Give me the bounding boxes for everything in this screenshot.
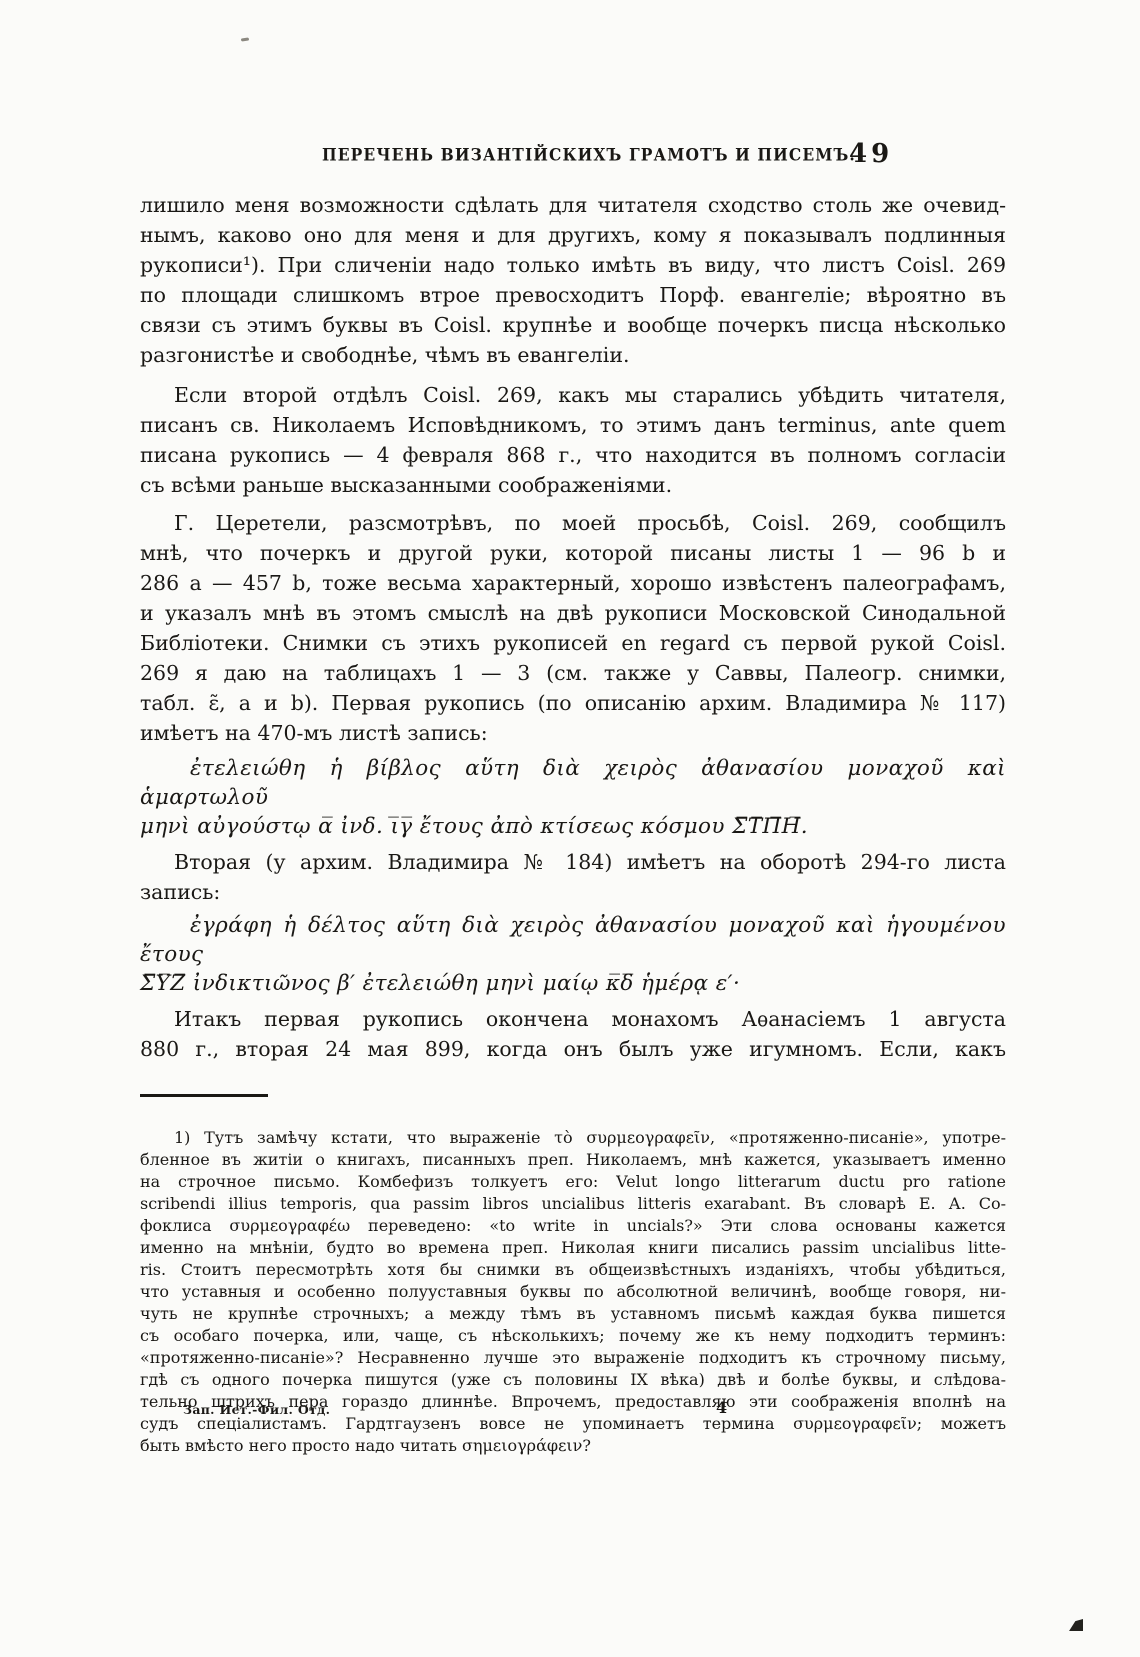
text-line: запись: — [140, 877, 1006, 907]
text-line: ἐγράφη ἡ δέλτος αὕτη διὰ χειρὸς ἀθανασίο… — [140, 911, 1006, 969]
sheet-number: 4 — [716, 1398, 727, 1417]
text-line: 269 я даю на таблицахъ 1 — 3 (см. также … — [140, 658, 1006, 688]
text-line: мнѣ, что почеркъ и другой руки, которой … — [140, 538, 1006, 568]
footer-signature: Зап. Ист.-Фил. Отд. — [183, 1402, 330, 1417]
text-line: Итакъ первая рукопись окончена монахомъ … — [140, 1004, 1006, 1034]
page-number: 49 — [849, 139, 893, 169]
text-line: 1) Тутъ замѣчу кстати, что выраженіе τὸ … — [140, 1127, 1006, 1149]
scan-speck-artifact — [241, 37, 249, 41]
text-line: что уставныя и особенно полууставныя бук… — [140, 1281, 1006, 1303]
text-line: Г. Церетели, разсмотрѣвъ, по моей просьб… — [140, 508, 1006, 538]
text-line: лишило меня возможности сдѣлать для чита… — [140, 190, 1006, 220]
text-line: бленное въ житіи о книгахъ, писанныхъ пр… — [140, 1149, 1006, 1171]
paragraph-esli-vtoroy: Если второй отдѣлъ Coisl. 269, какъ мы с… — [140, 380, 1006, 500]
text-line: быть вмѣсто него просто надо читать σημε… — [140, 1435, 1006, 1457]
paragraph-continuation: лишило меня возможности сдѣлать для чита… — [140, 190, 1006, 370]
text-line: «протяженно-писаніе»? Несравненно лучше … — [140, 1347, 1006, 1369]
text-line: и указалъ мнѣ въ этомъ смыслѣ на двѣ рук… — [140, 598, 1006, 628]
text-line: ἐτελειώθη ἡ βίβλος αὕτη διὰ χειρὸς ἀθανα… — [140, 754, 1006, 812]
text-line: гдѣ съ одного почерка пишутся (уже съ по… — [140, 1369, 1006, 1391]
text-line: съ всѣми раньше высказанными соображенія… — [140, 470, 1006, 500]
text-line: scribendi illius temporis, qua passim li… — [140, 1193, 1006, 1215]
paragraph-itak: Итакъ первая рукопись окончена монахомъ … — [140, 1004, 1006, 1064]
text-line: 286 a — 457 b, тоже весьма характерный, … — [140, 568, 1006, 598]
text-line: 880 г., вторая 24 мая 899, когда онъ был… — [140, 1034, 1006, 1064]
text-line: фоклиса συρμεογραφέω переведено: «to wri… — [140, 1215, 1006, 1237]
text-line: связи съ этимъ буквы въ Coisl. крупнѣе и… — [140, 310, 1006, 340]
text-line: писанъ св. Николаемъ Исповѣдникомъ, то э… — [140, 410, 1006, 440]
text-line: табл. ε̃, a и b). Первая рукопись (по оп… — [140, 688, 1006, 718]
paragraph-vtoraya: Вторая (у архим. Владимира № 184) имѣетъ… — [140, 847, 1006, 907]
text-line: Библіотеки. Снимки съ этихъ рукописей en… — [140, 628, 1006, 658]
page-corner-artifact — [1066, 1619, 1083, 1631]
text-line: Σ̅Υ̅Ζ̅ ἰνδικτιῶνος β′ ἐτελειώθη μηνὶ μαί… — [140, 969, 1006, 998]
text-line: чуть не крупнѣе строчныхъ; а между тѣмъ … — [140, 1303, 1006, 1325]
text-line: писана рукопись — 4 февраля 868 г., что … — [140, 440, 1006, 470]
text-line: по площади слишкомъ втрое превосходитъ П… — [140, 280, 1006, 310]
paragraph-tsereteli: Г. Церетели, разсмотрѣвъ, по моей просьб… — [140, 508, 1006, 748]
text-line: имѣетъ на 470-мъ листѣ запись: — [140, 718, 1006, 748]
text-line: μηνὶ αὐγούστῳ α̅ ἰνδ. ι̅γ̅ ἔτους ἀπὸ κτί… — [140, 812, 1006, 841]
greek-quote-second-manuscript: ἐγράφη ἡ δέλτος αὕτη διὰ χειρὸς ἀθανασίο… — [140, 911, 1006, 998]
text-line: Вторая (у архим. Владимира № 184) имѣетъ… — [140, 847, 1006, 877]
text-line: съ особаго почерка, или, чаще, съ нѣскол… — [140, 1325, 1006, 1347]
text-column: лишило меня возможности сдѣлать для чита… — [140, 190, 1006, 1457]
greek-quote-first-manuscript: ἐτελειώθη ἡ βίβλος αὕτη διὰ χειρὸς ἀθανα… — [140, 754, 1006, 841]
text-line: ris. Стоитъ пересмотрѣть хотя бы снимки … — [140, 1259, 1006, 1281]
text-line: Если второй отдѣлъ Coisl. 269, какъ мы с… — [140, 380, 1006, 410]
text-line: на строчное письмо. Комбефизъ толкуетъ е… — [140, 1171, 1006, 1193]
text-line: рукописи¹). При сличеніи надо только имѣ… — [140, 250, 1006, 280]
footnote-separator — [140, 1094, 268, 1097]
text-line: нымъ, каково оно для меня и для другихъ,… — [140, 220, 1006, 250]
text-line: разгонистѣе и свободнѣе, чѣмъ въ евангел… — [140, 340, 1006, 370]
text-line: именно на мнѣніи, будто во времена преп.… — [140, 1237, 1006, 1259]
running-head-title: ПЕРЕЧЕНЬ ВИЗАНТІЙСКИХЪ ГРАМОТЪ И ПИСЕМЪ. — [322, 144, 668, 165]
